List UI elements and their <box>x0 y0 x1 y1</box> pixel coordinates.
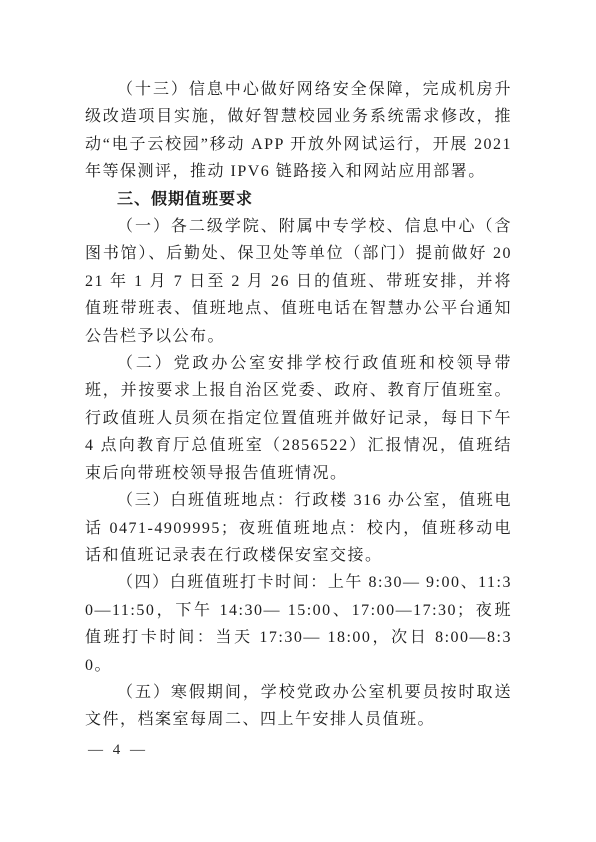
paragraph-item-4: （四）白班值班打卡时间：上午 8:30— 9:00、11:30—11:50，下午… <box>85 569 512 679</box>
section-heading-holiday-duty-requirements: 三、假期值班要求 <box>85 186 512 213</box>
paragraph-item-3: （三）白班值班地点：行政楼 316 办公室，值班电话 0471-4909995；… <box>85 487 512 569</box>
document-page: （十三）信息中心做好网络安全保障，完成机房升级改造项目实施，做好智慧校园业务系统… <box>0 0 596 842</box>
paragraph-item-5: （五）寒假期间，学校党政办公室机要员按时取送文件，档案室每周二、四上午安排人员值… <box>85 679 512 734</box>
page-number: — 4 — <box>88 740 148 760</box>
paragraph-item-13: （十三）信息中心做好网络安全保障，完成机房升级改造项目实施，做好智慧校园业务系统… <box>85 76 512 186</box>
paragraph-item-1: （一）各二级学院、附属中专学校、信息中心（含图书馆）、后勤处、保卫处等单位（部门… <box>85 213 512 350</box>
document-content: （十三）信息中心做好网络安全保障，完成机房升级改造项目实施，做好智慧校园业务系统… <box>85 76 512 734</box>
paragraph-item-2: （二）党政办公室安排学校行政值班和校领导带班，并按要求上报自治区党委、政府、教育… <box>85 350 512 487</box>
